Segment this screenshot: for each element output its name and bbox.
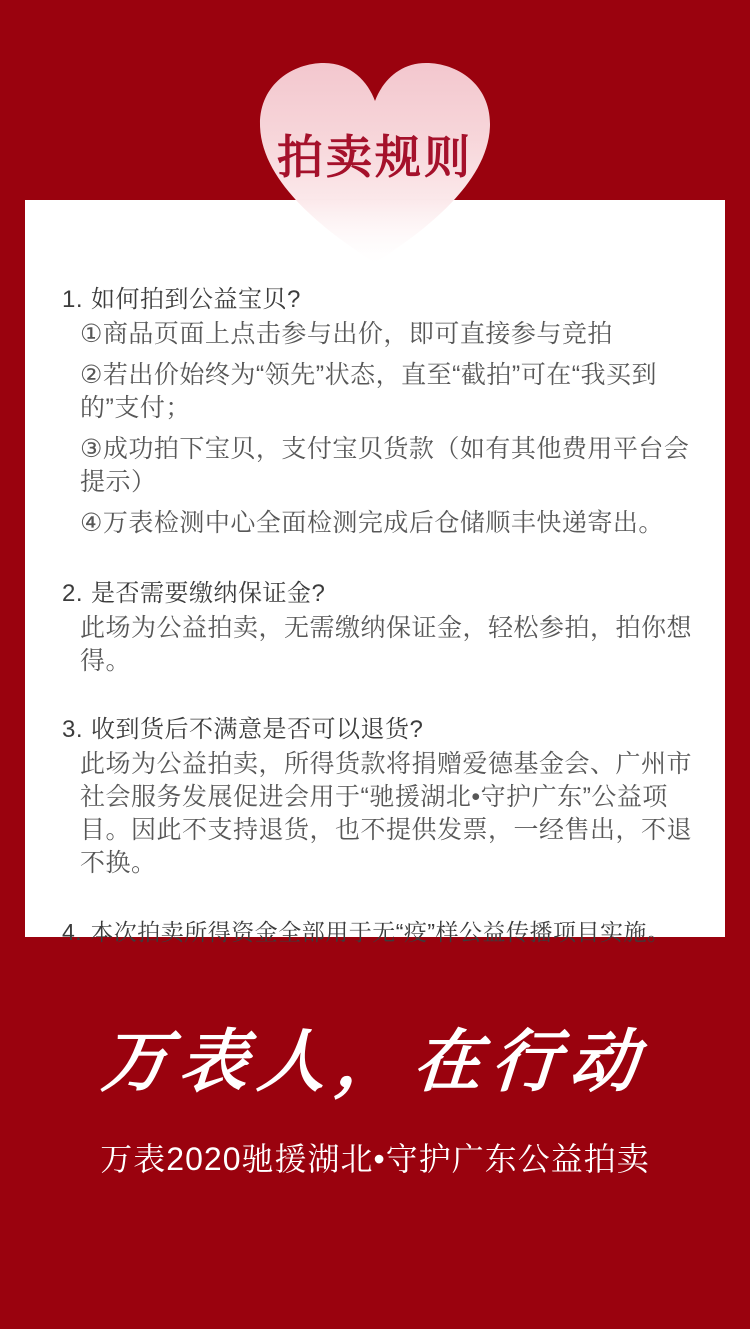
rule-heading: 2. 是否需要缴纳保证金? [62,578,699,610]
rule-number: 2. [62,578,83,610]
rule-heading-text: 本次拍卖所得资金全部用于无“疫”样公益传播项目实施。 [90,916,670,948]
rule-item: 此场为公益拍卖，无需缴纳保证金，轻松参拍，拍你想得。 [80,612,699,678]
rule-number: 3. [62,714,83,746]
rule-heading: 3. 收到货后不满意是否可以退货? [62,714,699,746]
rule-item: 此场为公益拍卖，所得货款将捐赠爱德基金会、广州市社会服务发展促进会用于“驰援湖北… [80,748,699,880]
rule-number: 1. [62,284,83,316]
poster-title: 拍卖规则 [252,121,498,187]
rule-heading-text: 是否需要缴纳保证金? [91,578,325,610]
rule-items: 此场为公益拍卖，所得货款将捐赠爱德基金会、广州市社会服务发展促进会用于“驰援湖北… [80,748,699,880]
rule-items: ①商品页面上点击参与出价，即可直接参与竞拍 ②若出价始终为“领先”状态，直至“截… [80,318,699,540]
rule-item: ①商品页面上点击参与出价，即可直接参与竞拍 [80,318,699,351]
rule-heading: 4. 本次拍卖所得资金全部用于无“疫”样公益传播项目实施。 [62,916,699,948]
rule-item: ③成功拍下宝贝，支付宝贝货款（如有其他费用平台会提示） [80,433,699,499]
rule-section-2: 2. 是否需要缴纳保证金? 此场为公益拍卖，无需缴纳保证金，轻松参拍，拍你想得。 [62,578,699,678]
rule-items: 此场为公益拍卖，无需缴纳保证金，轻松参拍，拍你想得。 [80,612,699,678]
rule-heading-text: 收到货后不满意是否可以退货? [91,714,423,746]
footer-subtitle: 万表2020驰援湖北•守护广东公益拍卖 [0,1134,750,1180]
rule-heading: 1. 如何拍到公益宝贝? [62,284,699,316]
rule-section-3: 3. 收到货后不满意是否可以退货? 此场为公益拍卖，所得货款将捐赠爱德基金会、广… [62,714,699,880]
rule-section-4: 4. 本次拍卖所得资金全部用于无“疫”样公益传播项目实施。 [62,916,699,948]
heart-badge: 拍卖规则 [252,55,498,267]
rule-number: 4. [62,916,82,948]
rule-item: ④万表检测中心全面检测完成后仓储顺丰快递寄出。 [80,507,699,540]
rule-item: ②若出价始终为“领先”状态，直至“截拍”可在“我买到的”支付； [80,359,699,425]
rule-heading-text: 如何拍到公益宝贝? [91,284,301,316]
charity-auction-poster: 1. 如何拍到公益宝贝? ①商品页面上点击参与出价，即可直接参与竞拍 ②若出价始… [0,0,750,1329]
footer-slogan: 万表人，在行动 [0,1008,750,1105]
rules-card: 1. 如何拍到公益宝贝? ①商品页面上点击参与出价，即可直接参与竞拍 ②若出价始… [25,200,725,937]
rule-section-1: 1. 如何拍到公益宝贝? ①商品页面上点击参与出价，即可直接参与竞拍 ②若出价始… [62,284,699,540]
